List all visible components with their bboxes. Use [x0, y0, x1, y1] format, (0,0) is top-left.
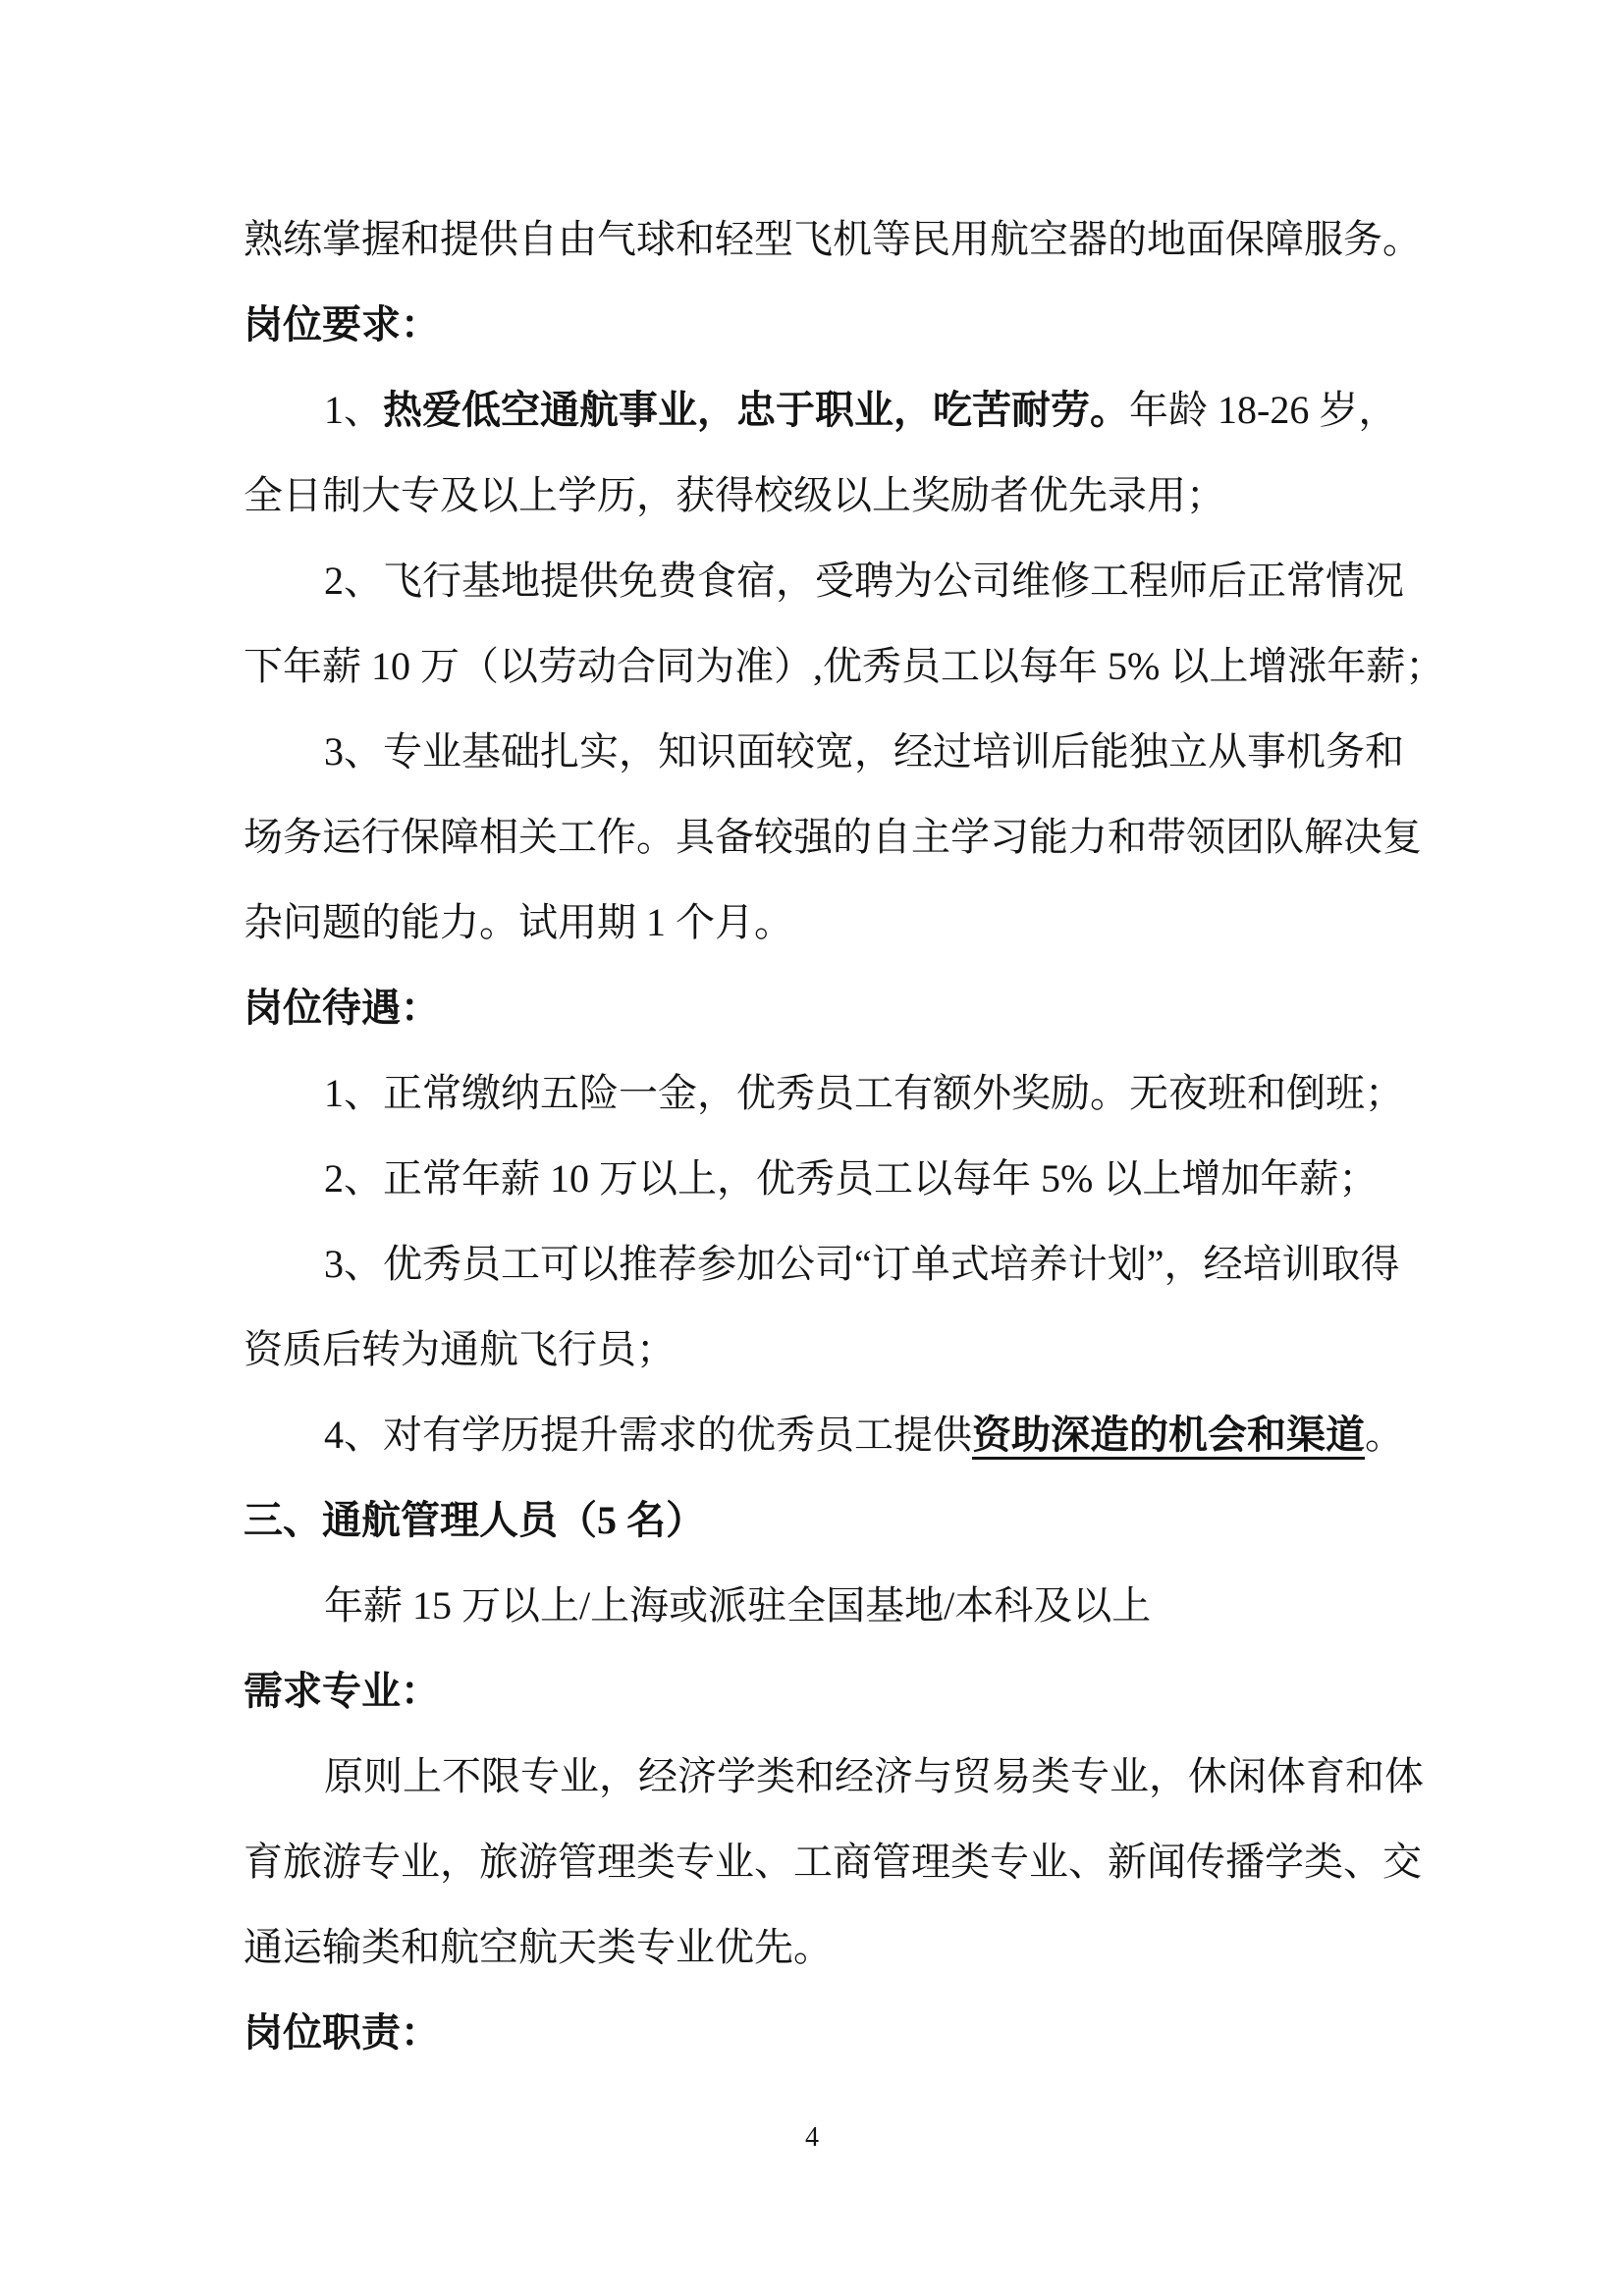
text-segment: 资质后转为通航飞行员；	[244, 1327, 676, 1371]
text-segment: 1、	[324, 388, 383, 432]
heading-job-benefits: 岗位待遇：	[244, 965, 1378, 1050]
text-segment: 3、专业基础扎实，知识面较宽，经过培训后能独立从事机务和	[324, 729, 1404, 774]
line-req-3: 3、专业基础扎实，知识面较宽，经过培训后能独立从事机务和	[244, 709, 1378, 794]
text-segment: 年薪 15 万以上/上海或派驻全国基地/本科及以上	[324, 1583, 1151, 1628]
text-segment: 下年薪 10 万（以劳动合同为准）,优秀员工以每年 5% 以上增涨年薪；	[244, 644, 1444, 688]
heading-job-requirements: 岗位要求：	[244, 282, 1378, 367]
text-segment: 岗位要求：	[244, 302, 440, 347]
line-req-3-cont-2: 杂问题的能力。试用期 1 个月。	[244, 880, 1378, 965]
heading-section-3-management-staff: 三、通航管理人员（5 名）	[244, 1477, 1378, 1563]
line-majors-1: 原则上不限专业，经济学类和经济与贸易类专业，休闲体育和体	[244, 1734, 1378, 1819]
document-body: 熟练掌握和提供自由气球和轻型飞机等民用航空器的地面保障服务。岗位要求：1、热爱低…	[244, 196, 1378, 2075]
text-segment: 3、优秀员工可以推荐参加公司“订单式培养计划”，经培训取得	[324, 1242, 1400, 1286]
line-benefit-2: 2、正常年薪 10 万以上，优秀员工以每年 5% 以上增加年薪；	[244, 1136, 1378, 1221]
text-segment: 资助深造的机会和渠道	[972, 1413, 1365, 1457]
line-benefit-4: 4、对有学历提升需求的优秀员工提供资助深造的机会和渠道。	[244, 1392, 1378, 1477]
line-benefit-1: 1、正常缴纳五险一金，优秀员工有额外奖励。无夜班和倒班；	[244, 1050, 1378, 1136]
text-segment: 1、正常缴纳五险一金，优秀员工有额外奖励。无夜班和倒班；	[324, 1071, 1404, 1115]
text-segment: 岗位职责：	[244, 2010, 440, 2055]
text-segment: 场务运行保障相关工作。具备较强的自主学习能力和带领团队解决复	[244, 815, 1422, 859]
line-benefit-3: 3、优秀员工可以推荐参加公司“订单式培养计划”，经培训取得	[244, 1221, 1378, 1307]
text-segment: 原则上不限专业，经济学类和经济与贸易类专业，休闲体育和体	[324, 1754, 1424, 1798]
text-segment: 杂问题的能力。试用期 1 个月。	[244, 900, 793, 944]
text-segment: 2、飞行基地提供免费食宿，受聘为公司维修工程师后正常情况	[324, 559, 1404, 603]
line-req-1: 1、热爱低空通航事业，忠于职业，吃苦耐劳。年龄 18-26 岁，	[244, 367, 1378, 453]
heading-job-duties: 岗位职责：	[244, 1990, 1378, 2075]
text-segment: 需求专业：	[244, 1669, 440, 1713]
text-segment: 热爱低空通航事业，忠于职业，吃苦耐劳。	[383, 388, 1129, 432]
line-majors-2: 育旅游专业，旅游管理类专业、工商管理类专业、新闻传播学类、交	[244, 1819, 1378, 1904]
text-segment: 。	[1365, 1413, 1404, 1457]
text-segment: 通运输类和航空航天类专业优先。	[244, 1925, 833, 1969]
line-req-2-cont: 下年薪 10 万（以劳动合同为准）,优秀员工以每年 5% 以上增涨年薪；	[244, 623, 1378, 709]
line-benefit-3-cont: 资质后转为通航飞行员；	[244, 1307, 1378, 1392]
text-segment: 岗位待遇：	[244, 986, 440, 1030]
line-req-2: 2、飞行基地提供免费食宿，受聘为公司维修工程师后正常情况	[244, 538, 1378, 623]
text-segment: 育旅游专业，旅游管理类专业、工商管理类专业、新闻传播学类、交	[244, 1840, 1422, 1884]
text-segment: 三、通航管理人员（5 名）	[244, 1498, 705, 1542]
line-salary-location: 年薪 15 万以上/上海或派驻全国基地/本科及以上	[244, 1563, 1378, 1648]
text-segment: 全日制大专及以上学历，获得校级以上奖励者优先录用；	[244, 473, 1225, 517]
heading-required-majors: 需求专业：	[244, 1648, 1378, 1734]
line-req-1-cont: 全日制大专及以上学历，获得校级以上奖励者优先录用；	[244, 453, 1378, 538]
document-page: { "page": { "background": "#ffffff", "te…	[0, 0, 1624, 2296]
line-req-3-cont-1: 场务运行保障相关工作。具备较强的自主学习能力和带领团队解决复	[244, 794, 1378, 880]
line-ground-service: 熟练掌握和提供自由气球和轻型飞机等民用航空器的地面保障服务。	[244, 196, 1378, 282]
text-segment: 年龄 18-26 岁，	[1129, 388, 1397, 432]
text-segment: 2、正常年薪 10 万以上，优秀员工以每年 5% 以上增加年薪；	[324, 1156, 1378, 1201]
page-number: 4	[0, 2118, 1624, 2158]
text-segment: 4、对有学历提升需求的优秀员工提供	[324, 1413, 972, 1457]
text-segment: 熟练掌握和提供自由气球和轻型飞机等民用航空器的地面保障服务。	[244, 217, 1422, 261]
line-majors-3: 通运输类和航空航天类专业优先。	[244, 1904, 1378, 1990]
